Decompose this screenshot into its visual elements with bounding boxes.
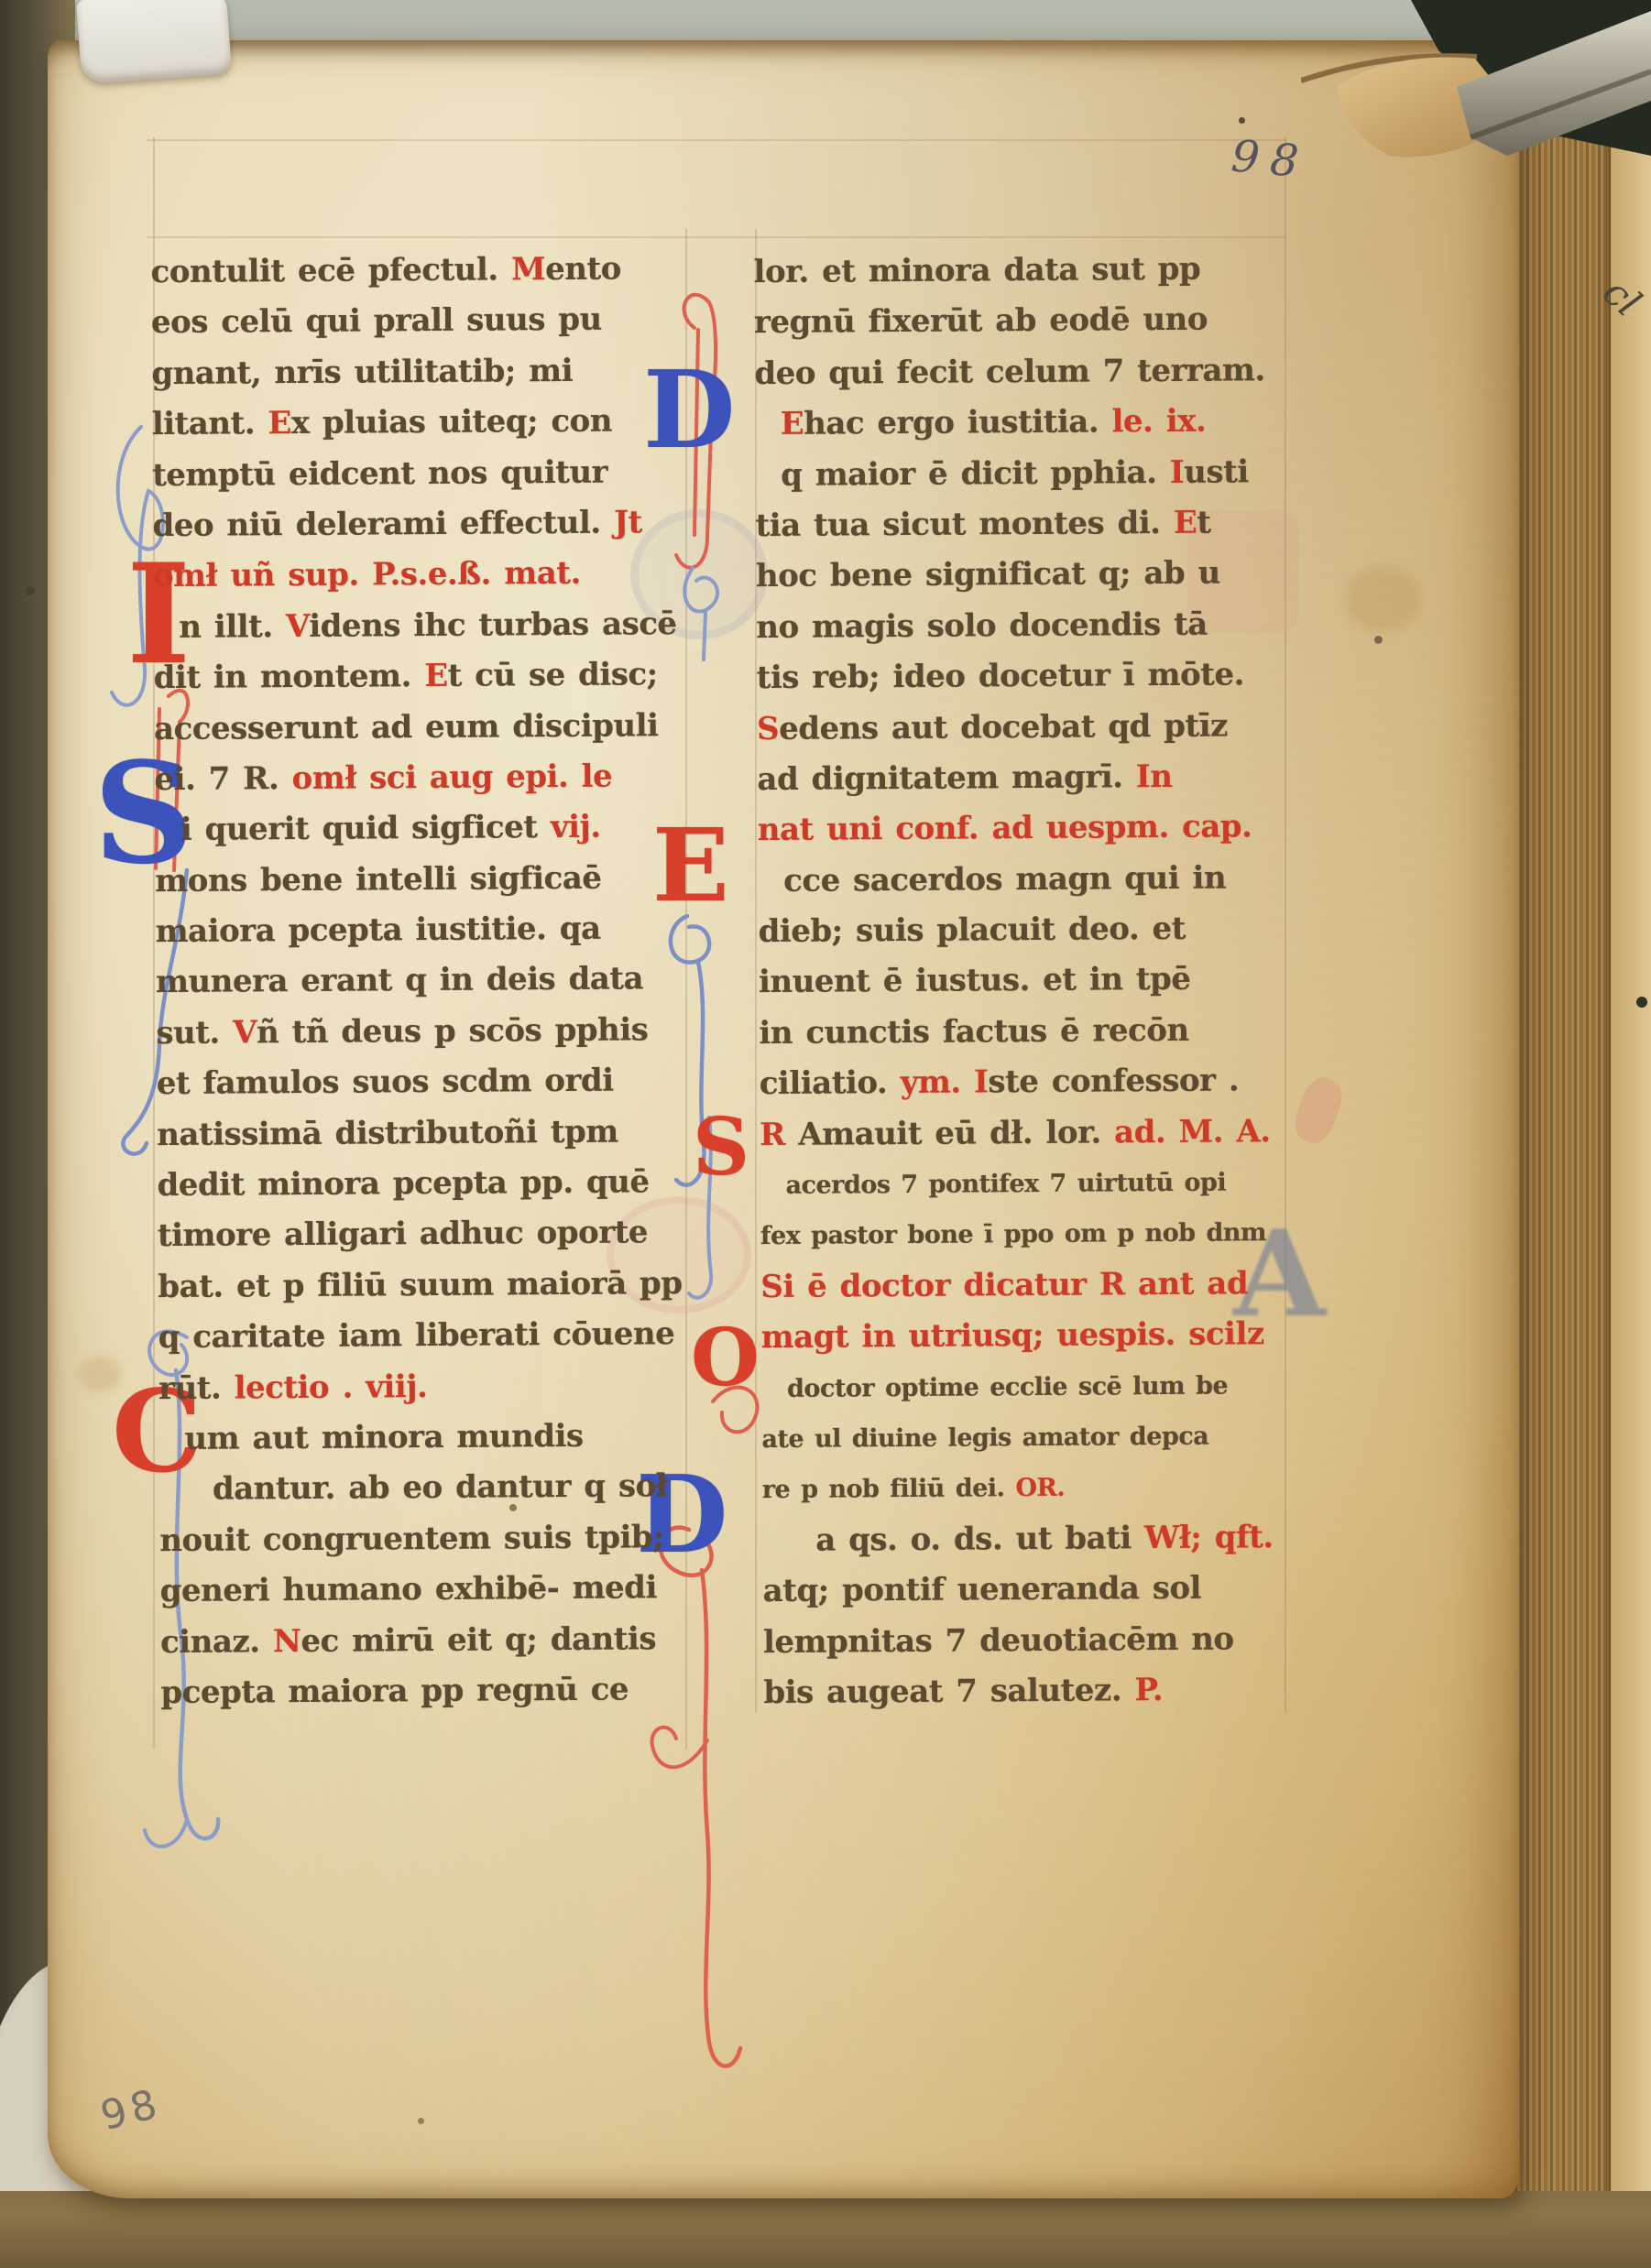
text-line: dantur. ab eo dantur q soł <box>159 1461 709 1516</box>
text-line: atq; pontif ueneranda sol <box>762 1563 1312 1618</box>
text-line: generi humano exhibē- medi <box>159 1563 709 1618</box>
text-line: a qs. o. ds. ut bati Wł; qft. <box>762 1512 1312 1567</box>
ink-speck <box>509 1504 517 1511</box>
text-line: gnant, nrīs utilitatib; mi <box>151 345 701 400</box>
text-segment: ym. <box>900 1064 974 1102</box>
text-line: timore alligari adhuc oporte <box>158 1207 707 1262</box>
text-line: sut. Vñ tñ deus p scōs pphis <box>156 1005 705 1060</box>
text-line: temptū eidcent nos quitur <box>152 446 702 501</box>
text-segment: dieb; suis placuit deo. et <box>758 910 1186 950</box>
text-segment: ate ul diuine legis amator depca <box>761 1423 1208 1454</box>
text-segment: hoc bene significat q; ab u <box>756 555 1220 595</box>
text-line: lor. et minora data sut pp <box>753 244 1303 299</box>
text-segment: dedit minora pcepta pp. quē <box>157 1163 649 1204</box>
text-segment: ad. M. A. <box>1114 1113 1271 1150</box>
text-segment: V <box>233 1014 257 1051</box>
text-segment: generi humano exhibē- medi <box>160 1569 658 1609</box>
text-segment: fex pastor bone ī ppo om p nob dnm <box>760 1219 1266 1251</box>
text-segment: munera erant q in deis data <box>156 961 643 1001</box>
text-segment: le. ix. <box>1111 403 1206 441</box>
text-segment: maiora pcepta iustitie. qa <box>155 910 600 950</box>
text-segment: litant. <box>152 405 268 442</box>
text-segment: usti <box>1184 453 1249 490</box>
text-segment: q maior ē dicit pphia. <box>781 454 1170 494</box>
text-line: lempnitas 7 deuotiacēm no <box>763 1613 1313 1668</box>
text-segment: natissimā distributoñi tpm <box>157 1113 618 1153</box>
text-segment: dantur. ab eo dantur q soł <box>213 1468 668 1508</box>
text-segment: um aut minora mundis <box>184 1418 583 1457</box>
text-segment: bat. et p filiū suum maiorā pp <box>158 1265 682 1305</box>
text-line: rūt. lectio . viij. <box>159 1359 708 1414</box>
text-line: bat. et p filiū suum maiorā pp <box>158 1259 707 1314</box>
text-segment: R <box>760 1116 798 1152</box>
text-segment: doctor optime ecclie scē lum be <box>787 1371 1228 1402</box>
text-line: ate ul diuine legis amator depca <box>761 1411 1311 1466</box>
text-segment: edens aut docebat qd ptīz <box>779 707 1228 747</box>
text-line: nat uni conf. ad uespm. cap. <box>758 801 1307 856</box>
text-segment: Wł; qft. <box>1144 1519 1274 1556</box>
text-segment: sut. <box>156 1014 233 1052</box>
text-line: litant. Ex pluias uiteq; con <box>152 396 702 451</box>
text-line: hoc bene significat q; ab u <box>756 548 1306 603</box>
text-segment: bis augeat 7 salutez. <box>763 1672 1134 1711</box>
text-line: re p nob filiū dei. OR. <box>762 1461 1312 1516</box>
text-segment: t <box>1197 505 1210 541</box>
text-segment: OR. <box>1015 1474 1065 1502</box>
text-segment: S <box>757 710 779 747</box>
text-segment: i querit quid sigficet <box>180 809 551 848</box>
text-segment: ento <box>545 251 621 289</box>
text-segment: P. <box>1134 1672 1163 1708</box>
text-line: bis augeat 7 salutez. P. <box>763 1664 1313 1719</box>
text-segment: ei. 7 R. <box>154 760 291 798</box>
text-line: regnū fixerūt ab eodē uno <box>754 294 1304 349</box>
text-line: et famulos suos scdm ordi <box>157 1055 706 1110</box>
text-segment: In <box>1136 758 1173 795</box>
text-segment: in cunctis factus ē recōn <box>759 1012 1189 1052</box>
text-segment: lor. et minora data sut pp <box>753 251 1200 290</box>
ink-speck <box>26 586 35 595</box>
metal-clasp <box>1301 0 1651 220</box>
text-segment: pcepta maiora pp regnū ce <box>160 1671 629 1711</box>
stain <box>1345 566 1422 632</box>
text-line: deo qui fecit celum 7 terram. <box>754 345 1304 400</box>
text-line: in cunctis factus ē recōn <box>759 1005 1308 1060</box>
text-segment: ciliatio. <box>760 1064 901 1102</box>
text-segment: t cū se disc; <box>448 656 658 694</box>
text-line: inuent ē iustus. et in tpē <box>759 954 1308 1009</box>
text-line: eos celū qui prall suus pu <box>151 294 701 349</box>
text-segment: E <box>1174 505 1197 541</box>
text-segment: q caritate iam liberati cōuene <box>159 1315 675 1356</box>
text-line: nouit congruentem suis tpib; <box>159 1512 709 1567</box>
ink-speck <box>1374 636 1383 644</box>
text-line: natissimā distributoñi tpm <box>157 1107 706 1161</box>
manuscript-photo: A I S C D E S O D contulit ecē pfect <box>0 0 1651 2268</box>
ink-speck <box>1636 997 1647 1008</box>
text-line: omł uñ sup. P.s.e.ß. mat. <box>153 548 703 603</box>
text-segment: ad dignitatem magrī. <box>757 758 1136 798</box>
text-segment: nouit congruentem suis tpib; <box>159 1519 663 1559</box>
text-line: pcepta maiora pp regnū ce <box>160 1664 710 1719</box>
text-line: magt in utriusq; uespis. scilz <box>761 1309 1311 1364</box>
ink-speck <box>418 2118 424 2124</box>
text-segment: dit in montem. <box>154 658 425 696</box>
text-line: Si ē doctor dicatur R ant ad <box>760 1259 1310 1314</box>
text-segment: regnū fixerūt ab eodē uno <box>754 301 1208 341</box>
text-segment: acerdos 7 pontifex 7 uirtutū opi <box>785 1169 1226 1200</box>
text-line: fex pastor bone ī ppo om p nob dnm <box>760 1207 1310 1262</box>
text-segment: cce sacerdos magn qui in <box>783 859 1226 899</box>
text-line: cce sacerdos magn qui in <box>758 853 1307 908</box>
text-segment: x pluias uiteq; con <box>291 403 612 442</box>
text-line: q maior ē dicit pphia. Iusti <box>755 446 1305 501</box>
text-segment: E <box>424 658 448 694</box>
text-line: dedit minora pcepta pp. quē <box>157 1157 706 1212</box>
text-line: Sedens aut docebat qd ptīz <box>757 700 1307 755</box>
text-segment: inuent ē iustus. et in tpē <box>759 961 1191 1000</box>
text-segment: magt in utriusq; uespis. scilz <box>761 1315 1264 1356</box>
text-segment: timore alligari adhuc oporte <box>158 1215 648 1255</box>
text-segment: vij. <box>551 809 601 845</box>
text-line: munera erant q in deis data <box>156 954 705 1009</box>
text-line: um aut minora mundis <box>159 1411 708 1466</box>
text-segment: omł uñ sup. P.s.e.ß. mat. <box>153 555 581 594</box>
text-segment: Jt <box>614 504 642 540</box>
text-segment: re p nob filiū dei. <box>762 1475 1016 1505</box>
text-line: deo niū delerami effectul. Jt <box>152 497 702 552</box>
text-segment: atq; pontif ueneranda sol <box>763 1570 1202 1609</box>
text-segment: nat uni conf. ad uespm. cap. <box>758 809 1252 849</box>
text-segment: ec mirū eit q; dantis <box>301 1620 656 1660</box>
text-segment: N <box>273 1623 301 1660</box>
text-line: i querit quid sigficet vij. <box>155 801 705 856</box>
text-segment: accesserunt ad eum discipuli <box>154 707 659 747</box>
ruling-line <box>147 236 1286 238</box>
text-line: n illt. Videns ihc turbas ascē <box>153 599 703 654</box>
text-segment: no magis solo docendis tā <box>756 605 1208 645</box>
text-segment: lempnitas 7 deuotiacēm no <box>763 1620 1234 1661</box>
ink-speck <box>1239 117 1245 124</box>
text-segment: cinaz. <box>160 1623 273 1661</box>
text-segment: tia tua sicut montes di. <box>755 505 1174 544</box>
text-segment: et famulos suos scdm ordi <box>157 1063 614 1102</box>
text-segment: ste confessor . <box>988 1063 1239 1101</box>
text-segment: a qs. o. ds. ut bati <box>815 1520 1144 1559</box>
text-column-right: lor. et minora data sut ppregnū fixerūt … <box>753 244 1313 1718</box>
text-line: ad dignitatem magrī. In <box>757 751 1307 806</box>
ruling-line <box>147 139 1286 141</box>
text-segment: contulit ecē pfectul. <box>150 251 511 290</box>
background-bottom <box>0 2191 1651 2268</box>
text-line: R Amauit eū dł. lor. ad. M. A. <box>760 1107 1309 1161</box>
text-line: tis reb; ideo docetur ī mōte. <box>756 649 1306 704</box>
text-line: tia tua sicut montes di. Et <box>755 497 1305 552</box>
text-segment: rūt. <box>159 1369 235 1407</box>
stain <box>79 1356 121 1392</box>
text-line: Ehac ergo iustitia. le. ix. <box>755 396 1305 451</box>
text-line: mons bene intelli sigficaē <box>155 853 705 908</box>
text-segment: I <box>974 1064 989 1101</box>
text-line: contulit ecē pfectul. Mento <box>150 244 700 299</box>
text-segment: E <box>268 405 291 442</box>
text-column-left: contulit ecē pfectul. Mentoeos celū qui … <box>150 244 710 1718</box>
text-line: dieb; suis placuit deo. et <box>758 903 1307 958</box>
text-line: accesserunt ad eum discipuli <box>154 700 704 755</box>
cloth-bookmark-tab <box>76 0 232 84</box>
text-line: no magis solo docendis tā <box>756 599 1306 654</box>
text-segment: deo niū delerami effectul. <box>152 505 614 545</box>
text-line: cinaz. Nec mirū eit q; dantis <box>160 1613 710 1668</box>
text-line: ei. 7 R. omł sci aug epi. le <box>154 751 704 806</box>
text-segment: Si ē doctor dicatur R ant ad <box>760 1265 1248 1305</box>
text-segment: omł sci aug epi. le <box>291 758 612 797</box>
text-segment: M <box>511 251 545 288</box>
text-line: acerdos 7 pontifex 7 uirtutū opi <box>760 1157 1309 1212</box>
text-line: dit in montem. Et cū se disc; <box>153 649 703 704</box>
text-segment: temptū eidcent nos quitur <box>152 453 607 493</box>
text-line: maiora pcepta iustitie. qa <box>155 903 705 958</box>
text-segment: lectio . viij. <box>234 1368 427 1406</box>
text-segment: hac ergo iustitia. <box>804 404 1112 442</box>
text-segment: deo qui fecit celum 7 terram. <box>754 352 1265 392</box>
text-segment: I <box>1170 453 1185 490</box>
text-segment: Amauit eū dł. lor. <box>798 1114 1114 1152</box>
folio-number-ink: 98 <box>1230 130 1312 188</box>
text-segment: tis reb; ideo docetur ī mōte. <box>757 657 1244 697</box>
text-segment: gnant, nrīs utilitatib; mi <box>151 353 573 392</box>
text-segment: idens ihc turbas ascē <box>309 605 677 645</box>
text-segment: E <box>781 406 804 442</box>
text-segment: eos celū qui prall suus pu <box>151 301 602 341</box>
text-segment: ñ tñ deus p scōs pphis <box>257 1011 649 1051</box>
text-line: q caritate iam liberati cōuene <box>159 1309 708 1364</box>
text-line: doctor optime ecclie scē lum be <box>761 1359 1311 1414</box>
text-segment: V <box>286 608 310 645</box>
text-line: ciliatio. ym. Iste confessor . <box>760 1055 1309 1110</box>
text-segment: n illt. <box>179 608 286 646</box>
text-segment: mons bene intelli sigficaē <box>155 859 602 899</box>
